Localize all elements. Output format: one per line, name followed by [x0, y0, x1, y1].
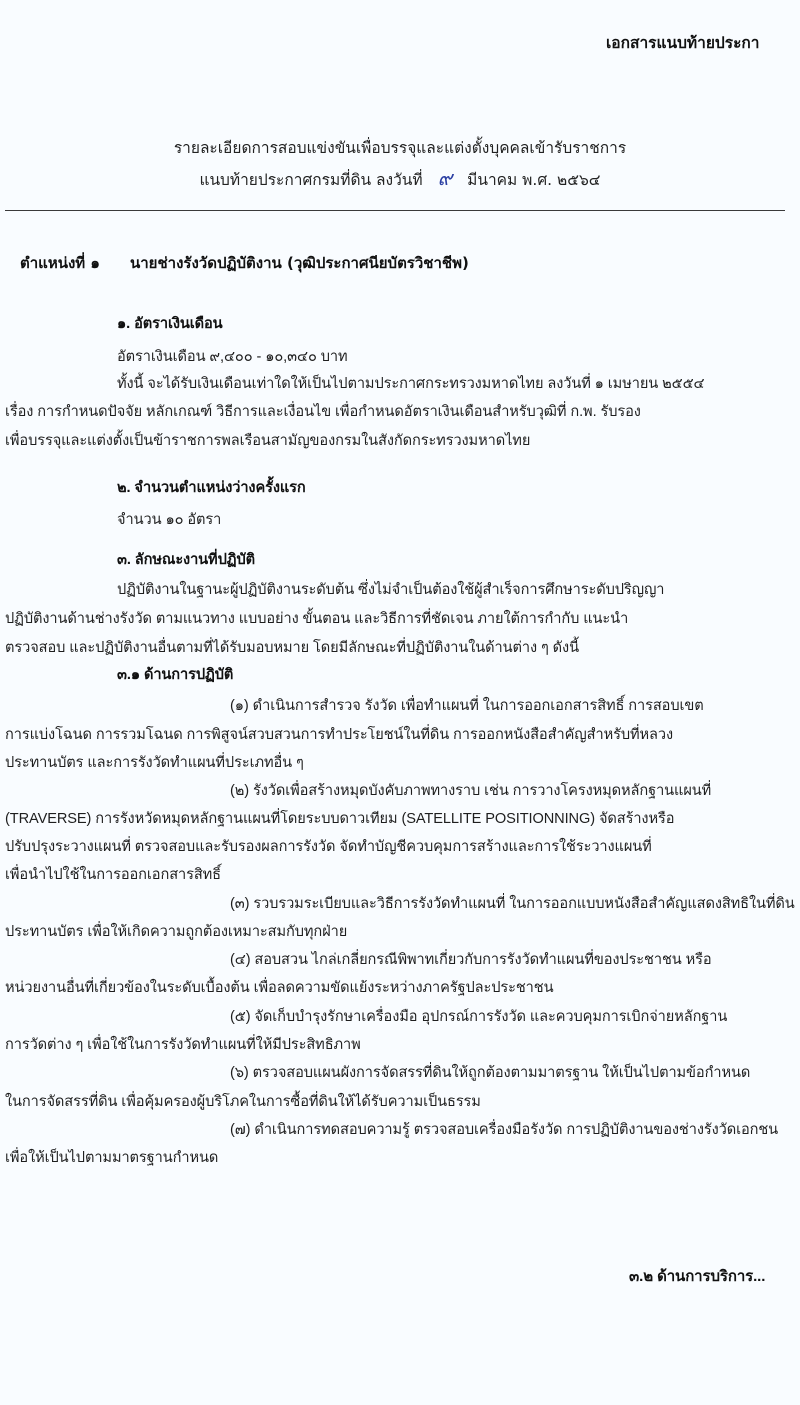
duty-item-1-line-3: ประทานบัตร และการรังวัดทำแผนที่ประเภทอื่…	[5, 751, 304, 774]
position-heading: ตำแหน่งที่ ๑นายช่างรังวัดปฏิบัติงาน (วุฒ…	[20, 251, 469, 275]
duty-item-7-line-1: (๗) ดำเนินการทดสอบความรู้ ตรวจสอบเครื่อง…	[230, 1118, 778, 1141]
header-divider	[5, 210, 785, 211]
attachment-label: เอกสารแนบท้ายประกา	[606, 30, 760, 55]
duty-item-1-line-2: การแบ่งโฉนด การรวมโฉนด การพิสูจน์สวบสวนก…	[5, 723, 673, 746]
salary-rate: อัตราเงินเดือน ๙,๔๐๐ - ๑๐,๓๔๐ บาท	[117, 345, 348, 368]
vacancy-count: จำนวน ๑๐ อัตรา	[117, 508, 221, 531]
duties-intro-line-1: ปฏิบัติงานในฐานะผู้ปฏิบัติงานระดับต้น ซึ…	[117, 578, 664, 601]
page-continuation-label: ๓.๒ ด้านการบริการ...	[629, 1264, 765, 1288]
duty-item-6-line-2: ในการจัดสรรที่ดิน เพื่อคุ้มครองผู้บริโภค…	[5, 1090, 481, 1113]
duties-intro-line-2: ปฏิบัติงานด้านช่างรังวัด ตามแนวทาง แบบอย…	[5, 607, 628, 630]
duty-item-3-line-1: (๓) รวบรวมระเบียบและวิธีการรังวัดทำแผนที…	[230, 892, 795, 915]
duty-item-3-line-2: ประทานบัตร เพื่อให้เกิดความถูกต้องเหมาะส…	[5, 920, 347, 943]
duties-heading: ๓. ลักษณะงานที่ปฏิบัติ	[117, 548, 255, 571]
title-line-2: แนบท้ายประกาศกรมที่ดิน ลงวันที่ ๙ มีนาคม…	[0, 163, 800, 195]
duty-item-6-line-1: (๖) ตรวจสอบแผนผังการจัดสรรที่ดินให้ถูกต้…	[230, 1061, 750, 1084]
duty-item-2-line-2: (TRAVERSE) การรังหวัดหมุดหลักฐานแผนที่โด…	[5, 807, 674, 830]
duty-item-1-line-1: (๑) ดำเนินการสำรวจ รังวัด เพื่อทำแผนที่ …	[230, 694, 704, 717]
duty-item-2-line-4: เพื่อนำไปใช้ในการออกเอกสารสิทธิ์	[5, 863, 221, 886]
position-name: นายช่างรังวัดปฏิบัติงาน (วุฒิประกาศนียบั…	[130, 254, 469, 272]
duties-sub-heading: ๓.๑ ด้านการปฏิบัติ	[117, 663, 233, 686]
title-line-2-prefix: แนบท้ายประกาศกรมที่ดิน ลงวันที่	[199, 171, 422, 189]
salary-heading: ๑. อัตราเงินเดือน	[117, 312, 223, 335]
vacancy-heading: ๒. จำนวนตำแหน่งว่างครั้งแรก	[117, 476, 306, 499]
duty-item-5-line-1: (๕) จัดเก็บบำรุงรักษาเครื่องมือ อุปกรณ์ก…	[230, 1005, 727, 1028]
title-line-2-suffix: มีนาคม พ.ศ. ๒๕๖๔	[467, 171, 600, 189]
duty-item-5-line-2: การวัดต่าง ๆ เพื่อใช้ในการรังวัดทำแผนที่…	[5, 1033, 361, 1056]
document-page: เอกสารแนบท้ายประกา รายละเอียดการสอบแข่งข…	[0, 0, 800, 1405]
salary-note-line-1: ทั้งนี้ จะได้รับเงินเดือนเท่าใดให้เป็นไป…	[117, 372, 704, 395]
salary-note-line-2: เรื่อง การกำหนดปัจจัย หลักเกณฑ์ วิธีการแ…	[5, 400, 641, 423]
handwritten-date-day: ๙	[428, 166, 463, 190]
duty-item-4-line-1: (๔) สอบสวน ไกล่เกลี่ยกรณีพิพาทเกี่ยวกับก…	[230, 948, 712, 971]
duty-item-4-line-2: หน่วยงานอื่นที่เกี่ยวข้องในระดับเบื้องต้…	[5, 976, 553, 999]
duty-item-2-line-1: (๒) รังวัดเพื่อสร้างหมุดบังคับภาพทางราบ …	[230, 779, 711, 802]
duty-item-7-line-2: เพื่อให้เป็นไปตามมาตรฐานกำหนด	[5, 1146, 218, 1169]
duties-intro-line-3: ตรวจสอบ และปฏิบัติงานอื่นตามที่ได้รับมอบ…	[5, 636, 579, 659]
position-number: ตำแหน่งที่ ๑	[20, 251, 130, 275]
document-title: รายละเอียดการสอบแข่งขันเพื่อบรรจุและแต่ง…	[0, 133, 800, 195]
title-line-1: รายละเอียดการสอบแข่งขันเพื่อบรรจุและแต่ง…	[0, 133, 800, 163]
duty-item-2-line-3: ปรับปรุงระวางแผนที่ ตรวจสอบและรับรองผลกา…	[5, 835, 652, 858]
salary-note-line-3: เพื่อบรรจุและแต่งตั้งเป็นข้าราชการพลเรือ…	[5, 429, 530, 452]
